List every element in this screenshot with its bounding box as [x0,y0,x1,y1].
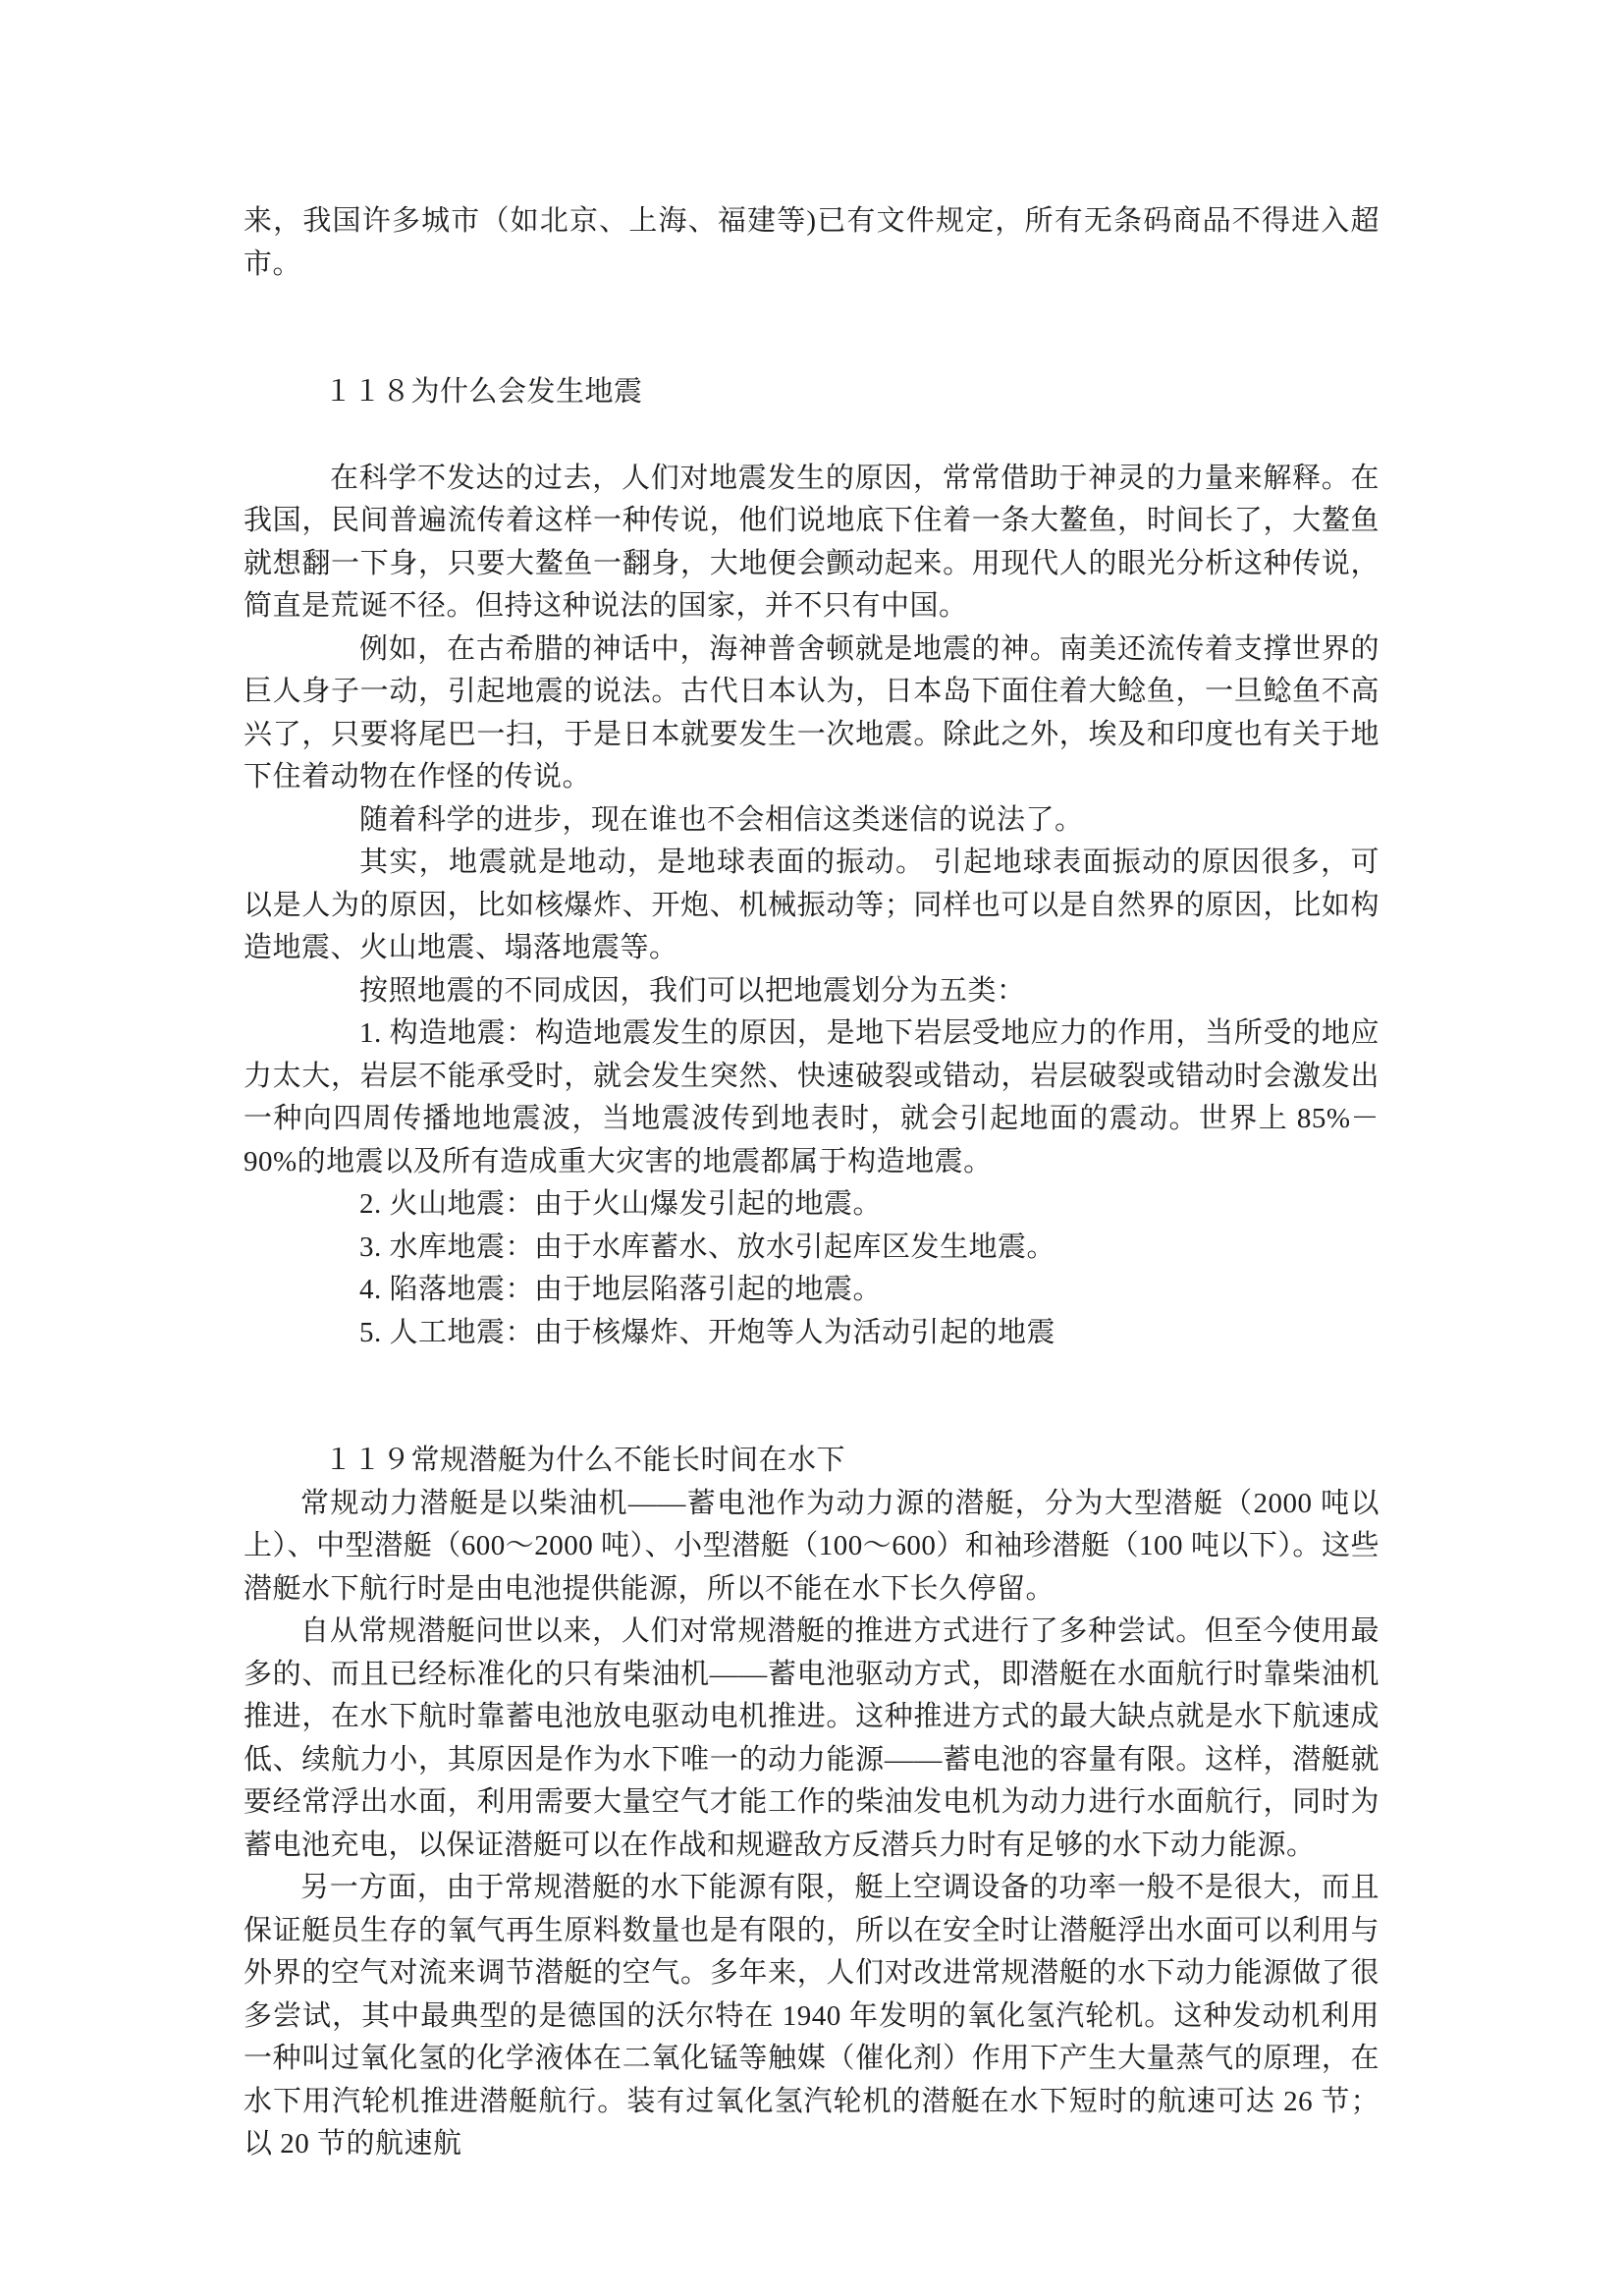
paragraph-119-submarine-classes: 常规动力潜艇是以柴油机——蓄电池作为动力源的潜艇，分为大型潜艇（2000 吨以上… [243,1483,1380,1612]
list-item-volcanic: 2. 火山地震：由于火山爆发引起的地震。 [243,1183,1380,1227]
list-item-tectonic: 1. 构造地震：构造地震发生的原因，是地下岩层受地应力的作用，当所受的地应力太大… [243,1012,1380,1183]
document-page: 来，我国许多城市（如北京、上海、福建等)已有文件规定，所有无条码商品不得进入超市… [0,0,1623,2296]
document-content: 来，我国许多城市（如北京、上海、福建等)已有文件规定，所有无条码商品不得进入超市… [243,200,1380,2166]
paragraph-118-origin-legend: 在科学不发达的过去，人们对地震发生的原因，常常借助于神灵的力量来解释。在我国，民… [243,458,1380,629]
list-item-artificial: 5. 人工地震：由于核爆炸、开炮等人为活动引起的地震 [243,1312,1380,1355]
section-119-heading: １１９常规潜艇为什么不能长时间在水下 [243,1440,1380,1483]
paragraph-118-earthquake-definition: 其实，地震就是地动，是地球表面的振动。 引起地球表面振动的原因很多，可以是人为的… [243,842,1380,970]
continuation-line: 来，我国许多城市（如北京、上海、福建等)已有文件规定，所有无条码商品不得进入超市… [243,200,1380,286]
list-item-collapse: 4. 陷落地震：由于地层陷落引起的地震。 [243,1269,1380,1312]
paragraph-118-five-types-intro: 按照地震的不同成因，我们可以把地震划分为五类： [243,970,1380,1013]
paragraph-118-science-progress: 随着科学的进步，现在谁也不会相信这类迷信的说法了。 [243,799,1380,843]
section-118-heading: １１８为什么会发生地震 [243,371,1380,414]
paragraph-119-air-and-walter-turbine: 另一方面，由于常规潜艇的水下能源有限，艇上空调设备的功率一般不是很大，而且保证艇… [243,1867,1380,2166]
paragraph-119-propulsion-methods: 自从常规潜艇问世以来，人们对常规潜艇的推进方式进行了多种尝试。但至今使用最多的、… [243,1611,1380,1867]
list-item-reservoir: 3. 水库地震：由于水库蓄水、放水引起库区发生地震。 [243,1227,1380,1270]
paragraph-118-world-legends: 例如，在古希腊的神话中，海神普舍顿就是地震的神。南美还流传着支撑世界的巨人身子一… [243,629,1380,799]
